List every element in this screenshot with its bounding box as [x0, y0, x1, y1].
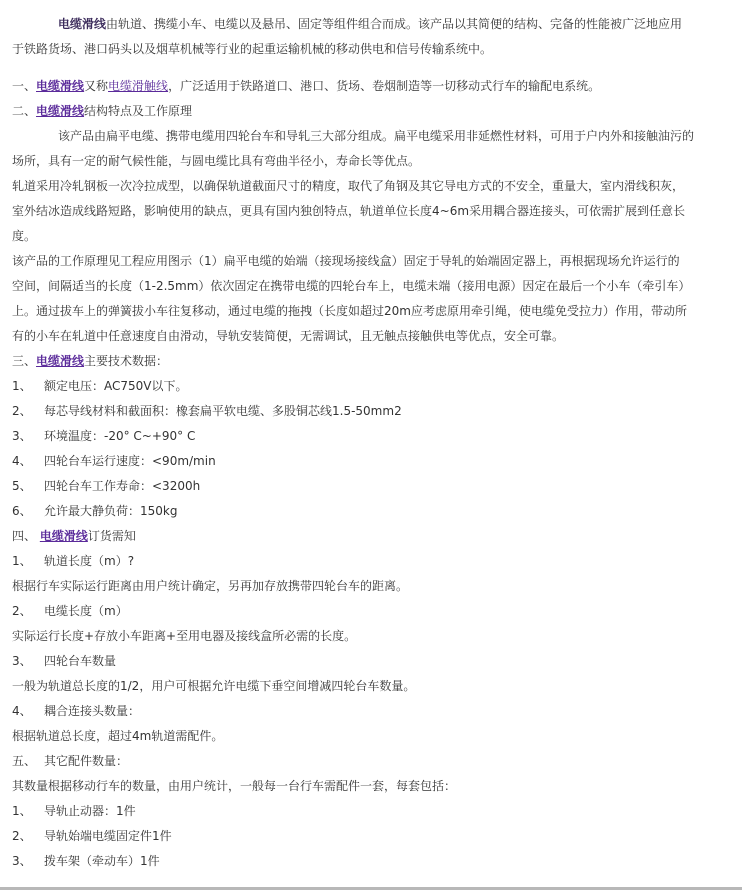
item-number: 2、	[12, 824, 44, 849]
accessory-text: 导轨始端电缆固定件1件	[44, 829, 172, 843]
intro-text-1: 由轨道、携缆小车、电缆以及悬吊、固定等组件组合而成。该产品以其简便的结构、完备的…	[106, 17, 682, 31]
order-item-desc: 根据轨道总长度，超过4m轨道需配件。	[12, 724, 734, 749]
section-5-desc: 其数量根据移动行车的数量，由用户统计，一般每一台行车需配件一套，每套包括：	[12, 774, 734, 799]
item-number: 2、	[12, 599, 44, 624]
order-item-text: 一般为轨道总长度的1/2，用户可根据允许电缆下垂空间增减四轮台车数量。	[12, 679, 415, 693]
section-1-prefix: 一、	[12, 79, 36, 93]
section-2-title: 结构特点及工作原理	[84, 104, 192, 118]
accessory-item: 3、拨车架（牵动车）1件	[12, 849, 734, 874]
item-number: 4、	[12, 699, 44, 724]
item-number: 3、	[12, 849, 44, 874]
text: 度。	[12, 229, 36, 243]
text: 其数量根据移动行车的数量，由用户统计，一般每一台行车需配件一套，每套包括：	[12, 779, 456, 793]
spec-item: 1、额定电压：AC750V以下。	[12, 374, 734, 399]
order-item-title: 3、四轮台车数量	[12, 649, 734, 674]
text: 空间，间隔适当的长度（1-2.5mm）依次固定在携带电缆的四轮台车上，电缆未端（…	[12, 279, 690, 293]
section-2-para-2-line-2: 室外结冰造成线路短路，影响使用的缺点，更具有国内独创特点，轨道单位长度4~6m采…	[12, 199, 734, 224]
section-4-heading: 四、 电缆滑线订货需知	[12, 524, 734, 549]
spec-text: 额定电压：AC750V以下。	[44, 379, 188, 393]
item-number: 6、	[12, 499, 44, 524]
spec-text: 四轮台车工作寿命：<3200h	[44, 479, 200, 493]
text: 场所，具有一定的耐气候性能，与圆电缆比具有弯曲半径小，寿命长等优点。	[12, 154, 420, 168]
section-5-title: 其它配件数量：	[44, 754, 128, 768]
accessory-text: 导轨止动器：1件	[44, 804, 136, 818]
order-item-title: 1、轨道长度（m）?	[12, 549, 734, 574]
article-body: 电缆滑线由轨道、携缆小车、电缆以及悬吊、固定等组件组合而成。该产品以其简便的结构…	[12, 12, 734, 874]
intro-line-2: 于铁路货场、港口码头以及烟草机械等行业的起重运输机械的移动供电和信号传输系统中。	[12, 37, 734, 62]
section-1-heading: 一、电缆滑线又称电缆滑触线，广泛适用于铁路道口、港口、货场、卷烟制造等一切移动式…	[12, 74, 734, 99]
section-2-prefix: 二、	[12, 104, 36, 118]
item-number: 5、	[12, 474, 44, 499]
item-number: 1、	[12, 374, 44, 399]
order-item-label: 轨道长度（m）?	[44, 554, 134, 568]
text: 上。通过拔车上的弹簧拔小车往复移动，通过电缆的拖拽（长度如超过20m应考虑原用牵…	[12, 304, 687, 318]
spec-text: 允许最大静负荷：150kg	[44, 504, 177, 518]
section-1-middle: 又称	[84, 79, 108, 93]
order-item-text: 实际运行长度+存放小车距离+至用电器及接线盒所必需的长度。	[12, 629, 356, 643]
accessory-text: 拨车架（牵动车）1件	[44, 854, 160, 868]
keyword-link-section-3[interactable]: 电缆滑线	[36, 354, 84, 368]
section-1-suffix: ，广泛适用于铁路道口、港口、货场、卷烟制造等一切移动式行车的输配电系统。	[168, 79, 600, 93]
item-number: 2、	[12, 399, 44, 424]
section-3-prefix: 三、	[12, 354, 36, 368]
intro-line-1: 电缆滑线由轨道、携缆小车、电缆以及悬吊、固定等组件组合而成。该产品以其简便的结构…	[12, 12, 734, 37]
order-item-desc: 一般为轨道总长度的1/2，用户可根据允许电缆下垂空间增减四轮台车数量。	[12, 674, 734, 699]
spec-item: 3、环境温度：-20° C~+90° C	[12, 424, 734, 449]
section-3-title: 主要技术数据：	[84, 354, 168, 368]
accessory-item: 1、导轨止动器：1件	[12, 799, 734, 824]
order-item-label: 耦合连接头数量：	[44, 704, 140, 718]
section-2-para-3-line-1: 该产品的工作原理见工程应用图示（1）扁平电缆的始端（接现场接线盒）固定于导轧的始…	[12, 249, 734, 274]
intro-text-2: 于铁路货场、港口码头以及烟草机械等行业的起重运输机械的移动供电和信号传输系统中。	[12, 42, 492, 56]
section-2-para-1-line-1: 该产品由扁平电缆、携带电缆用四轮台车和导轧三大部分组成。扁平电缆采用非延燃性材料…	[12, 124, 734, 149]
accessory-item: 2、导轨始端电缆固定件1件	[12, 824, 734, 849]
section-2-para-2-line-1: 轧道采用冷轧钢板一次冷拉成型，以确保轨道截面尺寸的精度，取代了角钢及其它导电方式…	[12, 174, 734, 199]
text: 室外结冰造成线路短路，影响使用的缺点，更具有国内独创特点，轨道单位长度4~6m采…	[12, 204, 685, 218]
item-number: 4、	[12, 449, 44, 474]
spec-text: 四轮台车运行速度：<90m/min	[44, 454, 216, 468]
spec-item: 6、允许最大静负荷：150kg	[12, 499, 734, 524]
keyword-link-cable-trolley-line[interactable]: 电缆滑触线	[108, 79, 168, 93]
section-3-heading: 三、电缆滑线主要技术数据：	[12, 349, 734, 374]
order-item-title: 2、电缆长度（m）	[12, 599, 734, 624]
section-2-para-3-line-3: 上。通过拔车上的弹簧拔小车往复移动，通过电缆的拖拽（长度如超过20m应考虑原用牵…	[12, 299, 734, 324]
section-2-para-3-line-4: 有的小车在轧道中任意速度自由滑动，导轨安装简便，无需调试，且无触点接触供电等优点…	[12, 324, 734, 349]
text: 轧道采用冷轧钢板一次冷拉成型，以确保轨道截面尺寸的精度，取代了角钢及其它导电方式…	[12, 179, 684, 193]
keyword-link-section-4[interactable]: 电缆滑线	[40, 529, 88, 543]
spec-text: 每芯导线材料和截面积：橡套扁平软电缆、多股铜芯线1.5-50mm2	[44, 404, 402, 418]
order-item-text: 根据轨道总长度，超过4m轨道需配件。	[12, 729, 223, 743]
item-number: 1、	[12, 549, 44, 574]
section-2-para-1-line-2: 场所，具有一定的耐气候性能，与圆电缆比具有弯曲半径小，寿命长等优点。	[12, 149, 734, 174]
section-4-title: 订货需知	[88, 529, 136, 543]
section-4-prefix: 四、	[12, 529, 40, 543]
order-item-title: 4、耦合连接头数量：	[12, 699, 734, 724]
spacer	[12, 62, 734, 74]
section-2-para-3-line-2: 空间，间隔适当的长度（1-2.5mm）依次固定在携带电缆的四轮台车上，电缆未端（…	[12, 274, 734, 299]
item-number: 3、	[12, 424, 44, 449]
text: 有的小车在轧道中任意速度自由滑动，导轨安装简便，无需调试，且无触点接触供电等优点…	[12, 329, 564, 343]
section-5-heading: 五、其它配件数量：	[12, 749, 734, 774]
order-item-text: 根据行车实际运行距离由用户统计确定，另再加存放携带四轮台车的距离。	[12, 579, 408, 593]
text: 该产品的工作原理见工程应用图示（1）扁平电缆的始端（接现场接线盒）固定于导轧的始…	[12, 254, 680, 268]
order-item-desc: 实际运行长度+存放小车距离+至用电器及接线盒所必需的长度。	[12, 624, 734, 649]
text: 该产品由扁平电缆、携带电缆用四轮台车和导轧三大部分组成。扁平电缆采用非延燃性材料…	[58, 129, 694, 143]
section-5-prefix: 五、	[12, 749, 44, 774]
spec-item: 4、四轮台车运行速度：<90m/min	[12, 449, 734, 474]
spec-item: 2、每芯导线材料和截面积：橡套扁平软电缆、多股铜芯线1.5-50mm2	[12, 399, 734, 424]
section-2-para-2-line-3: 度。	[12, 224, 734, 249]
keyword-link-section-2[interactable]: 电缆滑线	[36, 104, 84, 118]
intro-keyword: 电缆滑线	[58, 17, 106, 31]
section-2-heading: 二、电缆滑线结构特点及工作原理	[12, 99, 734, 124]
order-item-label: 电缆长度（m）	[44, 604, 128, 618]
order-item-desc: 根据行车实际运行距离由用户统计确定，另再加存放携带四轮台车的距离。	[12, 574, 734, 599]
order-item-label: 四轮台车数量	[44, 654, 116, 668]
spec-text: 环境温度：-20° C~+90° C	[44, 429, 195, 443]
spec-item: 5、四轮台车工作寿命：<3200h	[12, 474, 734, 499]
keyword-link-cable-slide-line[interactable]: 电缆滑线	[36, 79, 84, 93]
item-number: 1、	[12, 799, 44, 824]
item-number: 3、	[12, 649, 44, 674]
